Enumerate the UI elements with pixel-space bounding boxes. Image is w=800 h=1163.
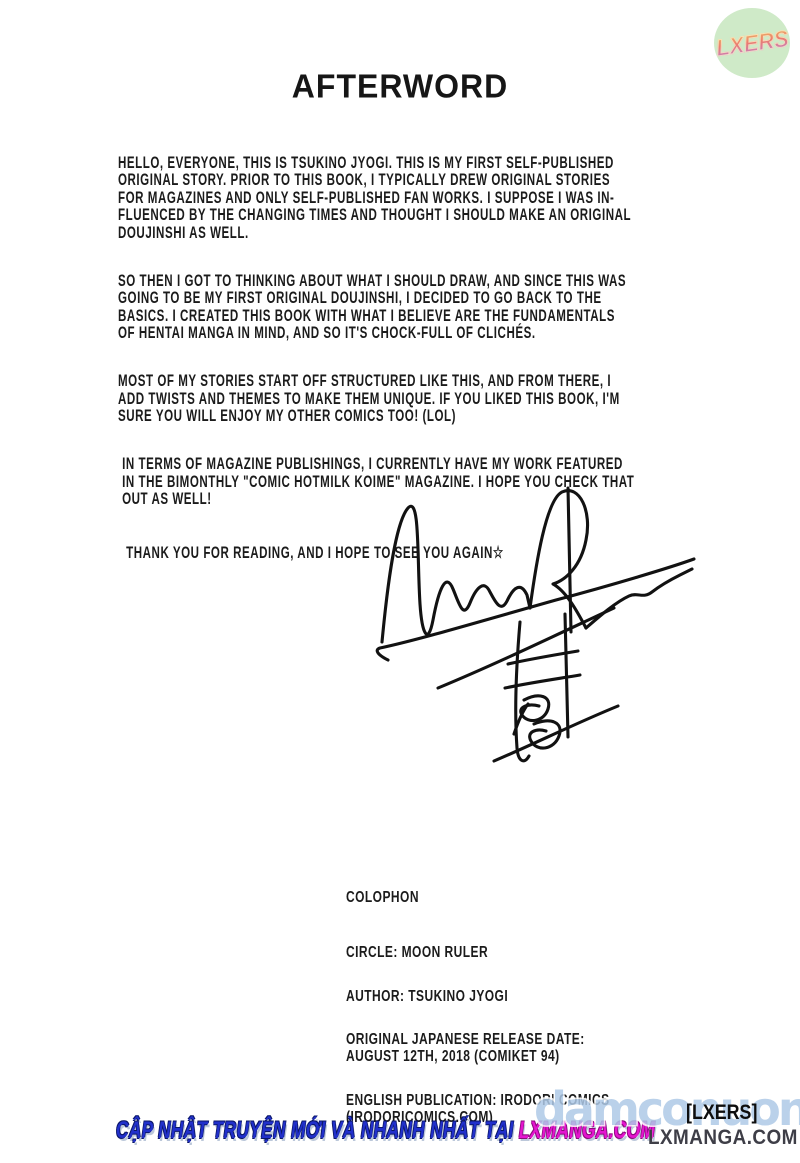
page-title: AFTERWORD (0, 67, 800, 105)
colophon-heading: COLOPHON (346, 889, 706, 906)
paragraph-style: MOST OF MY STORIES START OFF STRUCTURED … (118, 372, 703, 425)
signature-stroke (530, 491, 588, 628)
colophon-author: AUTHOR: TSUKINO JYOGI (346, 988, 706, 1005)
lxers-logo-text: LXERS (714, 25, 790, 62)
colophon-release-date: ORIGINAL JAPANESE RELEASE DATE: AUGUST 1… (346, 1031, 706, 1065)
colophon-circle: CIRCLE: MOON RULER (346, 944, 706, 961)
lxers-group-tag: [LXERS] (686, 1101, 757, 1125)
signature-stroke (568, 488, 571, 632)
afterword-page: LXERS AFTERWORD HELLO, EVERYONE, THIS IS… (0, 0, 800, 1163)
signature-stroke (516, 622, 529, 761)
paragraph-intro: HELLO, EVERYONE, THIS IS TSUKINO JYOGI. … (118, 154, 703, 242)
paragraph-concept: SO THEN I GOT TO THINKING ABOUT WHAT I S… (118, 272, 703, 342)
banner-text: CẬP NHẬT TRUYỆN MỚI VÀ NHANH NHẤT TẠI (116, 1117, 519, 1144)
author-signature-drawing (358, 472, 698, 772)
signature-stroke (438, 608, 614, 688)
lxmanga-gray-url: LXMANGA.COM (648, 1126, 798, 1150)
signature-stroke (382, 506, 530, 642)
